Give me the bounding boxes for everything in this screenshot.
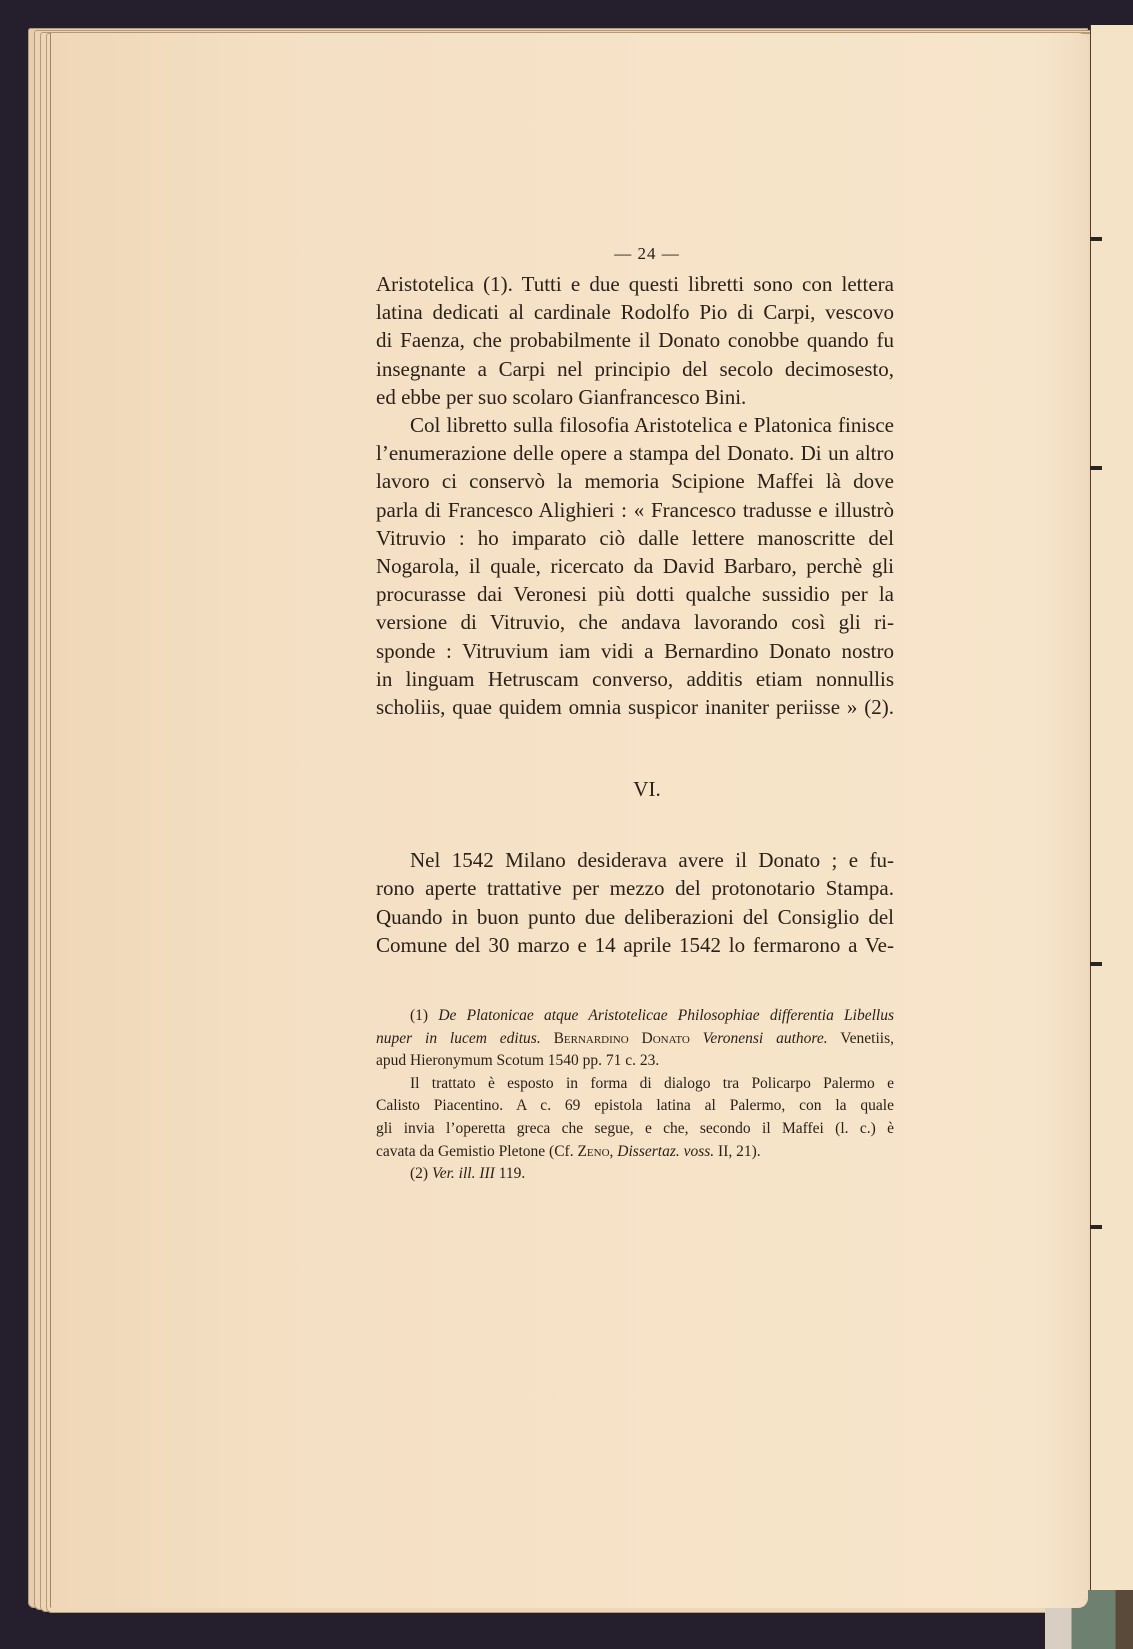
footnote-marker: (1) xyxy=(410,1007,428,1024)
footnote-text: II, 21). xyxy=(718,1143,761,1160)
text-line: rono aperte trattative per mezzo del pro… xyxy=(376,874,894,902)
text-line: Nogarola, il quale, ricercato da David B… xyxy=(376,552,894,580)
text-line: lavoro ci conservò la memoria Scipione M… xyxy=(376,467,894,495)
footnote-author-suffix: Veronensi authore. xyxy=(703,1030,828,1047)
section-heading: VI. xyxy=(376,777,894,802)
footnote-title: nuper in lucem editus. xyxy=(376,1030,541,1047)
footnote-text: 119. xyxy=(499,1165,526,1182)
footnote-marker: (2) xyxy=(410,1165,428,1182)
footnote-comment-line: Il trattato è esposto in forma di dialog… xyxy=(376,1073,894,1096)
page-tab-mark xyxy=(1090,962,1102,966)
footnotes: (1) De Platonicae atque Aristotelicae Ph… xyxy=(376,1005,894,1186)
paragraph: Aristotelica (1). Tutti e due questi lib… xyxy=(376,270,894,411)
text-line: di Faenza, che probabilmente il Donato c… xyxy=(376,326,894,354)
page-content: — 24 — Aristotelica (1). Tutti e due que… xyxy=(376,244,894,1186)
text-line: latina dedicati al cardinale Rodolfo Pio… xyxy=(376,298,894,326)
text-line: insegnante a Carpi nel principio del sec… xyxy=(376,355,894,383)
text-line: Quando in buon punto due deliberazioni d… xyxy=(376,903,894,931)
footnote-comment-line: Calisto Piacentino. A c. 69 epistola lat… xyxy=(376,1095,894,1118)
text-line: Vitruvio : ho imparato ciò dalle lettere… xyxy=(376,524,894,552)
footnote-comment-line: cavata da Gemistio Pletone (Cf. Zeno, Di… xyxy=(376,1141,894,1164)
page-tab-mark xyxy=(1090,1225,1102,1229)
page-tab-mark xyxy=(1090,466,1102,470)
adjacent-page-edge xyxy=(1090,25,1133,1605)
text-line: Comune del 30 marzo e 14 aprile 1542 lo … xyxy=(376,931,894,959)
text-line: procurasse dai Veronesi più dotti qualch… xyxy=(376,580,894,608)
footnote-title: De Platonicae atque Aristotelicae Philos… xyxy=(438,1007,894,1024)
text-line: Col libretto sulla filosofia Aristotelic… xyxy=(376,411,894,439)
footnote-text: cavata da Gemistio Pletone (Cf. xyxy=(376,1143,574,1160)
paragraph: Col libretto sulla filosofia Aristotelic… xyxy=(376,411,894,721)
text-line: l’enumerazione delle opere a stampa del … xyxy=(376,439,894,467)
footnote-2-line: (2) Ver. ill. III 119. xyxy=(376,1163,894,1186)
footnote-place: Venetiis, xyxy=(840,1030,894,1047)
text-line: versione di Vitruvio, che andava lavoran… xyxy=(376,608,894,636)
page-number: — 24 — xyxy=(376,244,894,264)
text-line: ed ebbe per suo scolaro Gianfrancesco Bi… xyxy=(376,383,894,411)
paragraph: Nel 1542 Milano desiderava avere il Dona… xyxy=(376,846,894,959)
footnote-title: Dissertaz. voss. xyxy=(617,1143,714,1160)
footnote-1-line: (1) De Platonicae atque Aristotelicae Ph… xyxy=(376,1005,894,1028)
footnote-1-line: apud Hieronymum Scotum 1540 pp. 71 c. 23… xyxy=(376,1050,894,1073)
footnote-author: Zeno, xyxy=(577,1143,613,1160)
text-line: in linguam Hetruscam converso, additis e… xyxy=(376,665,894,693)
text-line: parla di Francesco Alighieri : « Frances… xyxy=(376,496,894,524)
text-line: Nel 1542 Milano desiderava avere il Dona… xyxy=(376,846,894,874)
footnote-1-line: nuper in lucem editus. Bernardino Donato… xyxy=(376,1028,894,1051)
footnote-title: Ver. ill. III xyxy=(432,1165,495,1182)
footnote-comment-line: gli invia l’operetta greca che segue, e … xyxy=(376,1118,894,1141)
footnote-author: Bernardino Donato xyxy=(554,1030,690,1047)
page-tab-mark xyxy=(1090,237,1102,241)
text-line: scholiis, quae quidem omnia suspicor ina… xyxy=(376,693,894,721)
text-line: sponde : Vitruvium iam vidi a Bernardino… xyxy=(376,637,894,665)
text-line: Aristotelica (1). Tutti e due questi lib… xyxy=(376,270,894,298)
